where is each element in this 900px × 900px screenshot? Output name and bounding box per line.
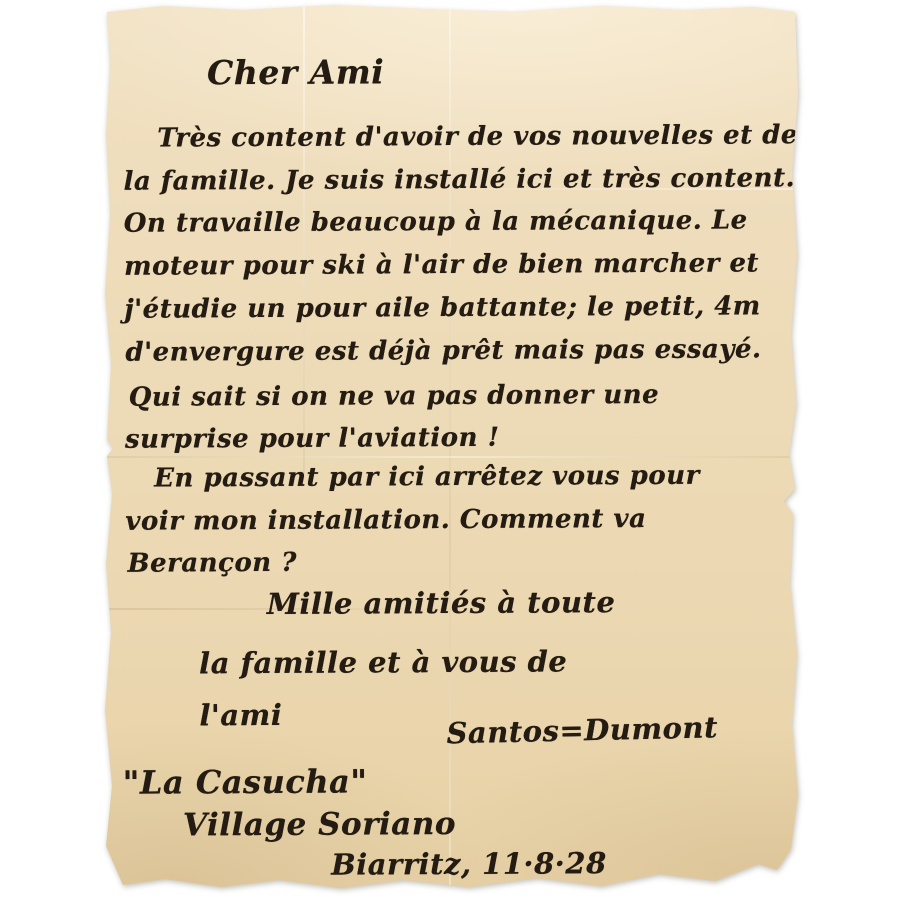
dateline: Biarritz, 11·8·28 bbox=[331, 846, 607, 881]
body-line: surprise pour l'aviation ! bbox=[125, 423, 500, 455]
body-line: En passant par ici arrêtez vous pour bbox=[154, 461, 700, 494]
closing-line: la famille et à vous de bbox=[199, 644, 567, 680]
letter-paper-wrapper: Cher Ami Très content d'avoir de vos nou… bbox=[103, 4, 798, 894]
body-line: voir mon installation. Comment va bbox=[125, 504, 646, 537]
body-line: Qui sait si on ne va pas donner une bbox=[129, 380, 660, 413]
signature: Santos=Dumont bbox=[446, 710, 718, 750]
address-line: Village Soriano bbox=[183, 806, 456, 843]
scanned-letter-scene: Cher Ami Très content d'avoir de vos nou… bbox=[0, 0, 900, 900]
body-line: la famille. Je suis installé ici et très… bbox=[124, 163, 796, 197]
body-line: Berançon ? bbox=[128, 548, 297, 579]
body-line: j'étudie un pour aile battante; le petit… bbox=[124, 291, 761, 324]
scan-edge-artifact bbox=[103, 402, 106, 428]
letter-content: Cher Ami Très content d'avoir de vos nou… bbox=[101, 2, 801, 894]
body-line: Très content d'avoir de vos nouvelles et… bbox=[157, 120, 798, 153]
address-line: "La Casucha" bbox=[123, 762, 368, 801]
closing-line: l'ami bbox=[199, 698, 282, 732]
salutation-line: Cher Ami bbox=[207, 52, 384, 92]
body-line: moteur pour ski à l'air de bien marcher … bbox=[124, 248, 759, 281]
letter-paper: Cher Ami Très content d'avoir de vos nou… bbox=[103, 4, 798, 892]
scan-edge-artifact bbox=[103, 556, 106, 586]
scan-edge-artifact bbox=[103, 176, 106, 256]
body-line: d'envergure est déjà prêt mais pas essay… bbox=[125, 334, 761, 367]
body-line: On travaille beaucoup à la mécanique. Le bbox=[124, 205, 748, 238]
scan-edge-artifact bbox=[103, 852, 106, 878]
closing-line: Mille amitiés à toute bbox=[267, 585, 616, 621]
scan-edge-artifact bbox=[103, 26, 106, 116]
